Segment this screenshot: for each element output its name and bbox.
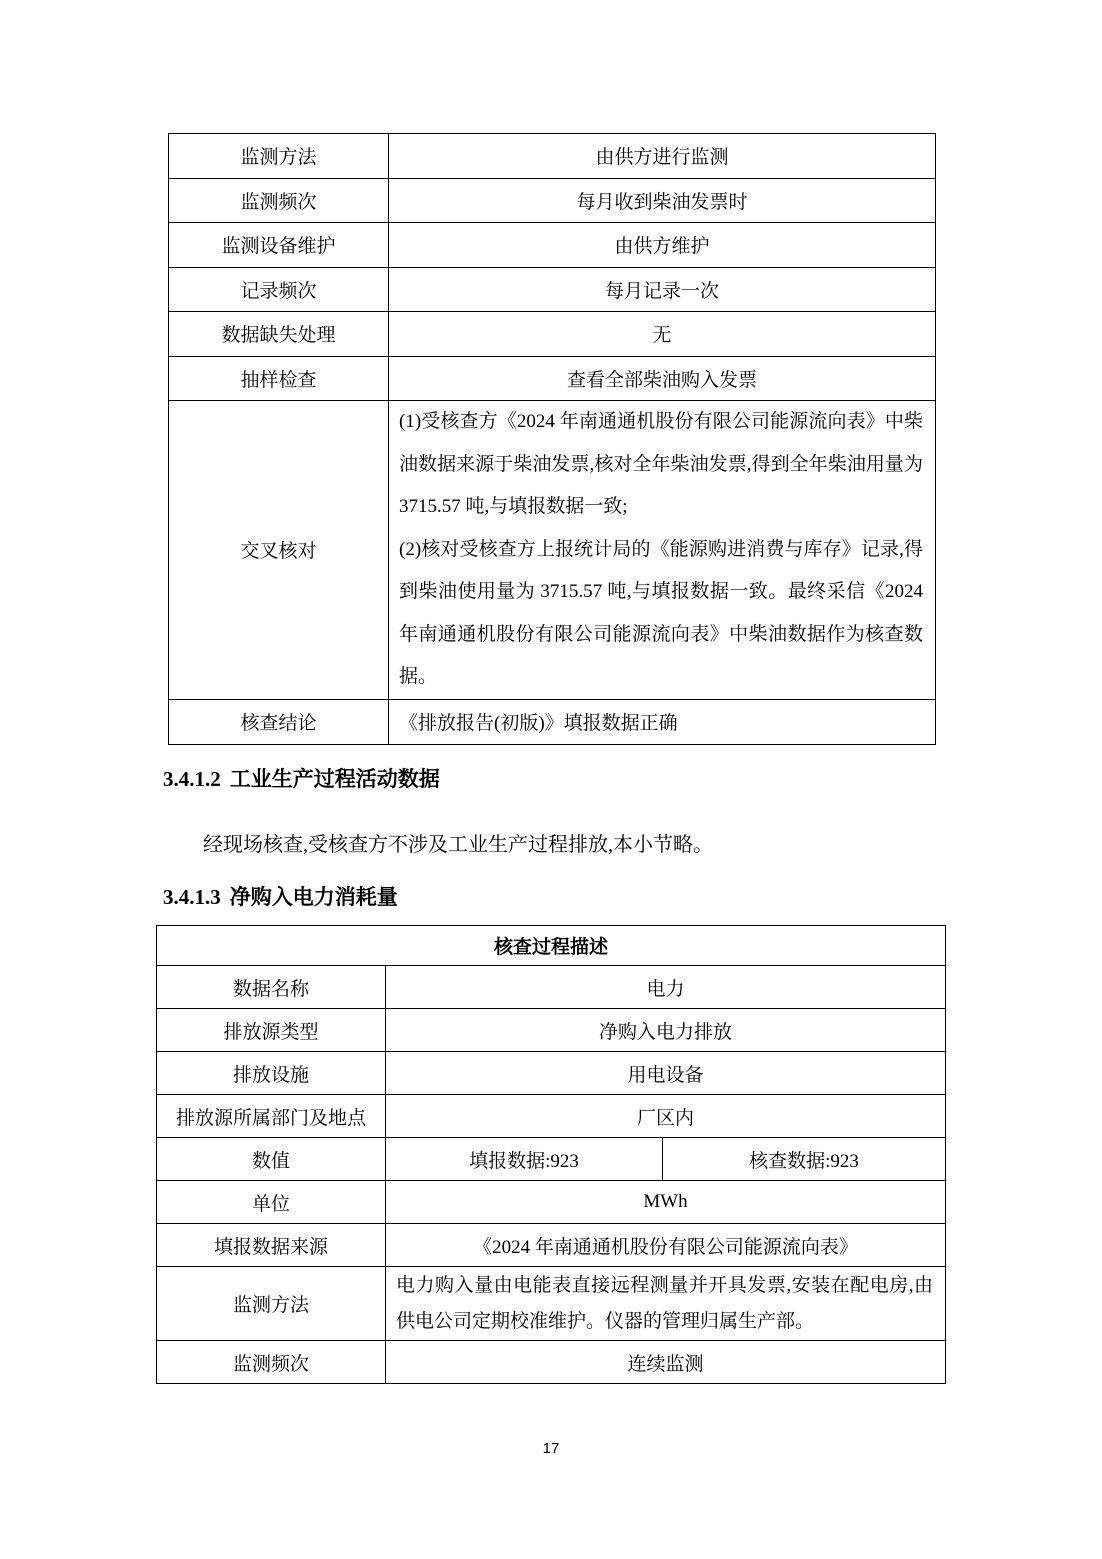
row-value: 电力 bbox=[386, 966, 946, 1009]
section-number: 3.4.1.3 bbox=[163, 885, 221, 909]
section-title: 工业生产过程活动数据 bbox=[230, 768, 440, 791]
row-value: 用电设备 bbox=[386, 1052, 946, 1095]
row-label: 填报数据来源 bbox=[157, 1224, 386, 1267]
table-row: 单位 MWh bbox=[157, 1181, 946, 1224]
row-label: 单位 bbox=[157, 1181, 386, 1224]
row-label: 数据名称 bbox=[157, 966, 386, 1009]
section-heading-3412: 3.4.1.2工业生产过程活动数据 bbox=[163, 766, 440, 795]
row-label: 监测方法 bbox=[157, 1267, 386, 1341]
electricity-verification-table: 核查过程描述 数据名称 电力 排放源类型 净购入电力排放 排放设施 用电设备 排… bbox=[156, 925, 946, 1384]
row-value: 由供方进行监测 bbox=[389, 134, 936, 179]
row-value: 每月收到柴油发票时 bbox=[389, 178, 936, 223]
row-value: 厂区内 bbox=[386, 1095, 946, 1138]
cross-check-row: 交叉核对 (1)受核查方《2024 年南通通机股份有限公司能源流向表》中柴油数据… bbox=[169, 401, 936, 700]
row-value: 净购入电力排放 bbox=[386, 1009, 946, 1052]
document-page: 监测方法 由供方进行监测 监测频次 每月收到柴油发票时 监测设备维护 由供方维护… bbox=[0, 0, 1102, 1559]
value-row: 数值 填报数据:923 核查数据:923 bbox=[157, 1138, 946, 1181]
row-value: 无 bbox=[389, 312, 936, 357]
section-paragraph: 经现场核查,受核查方不涉及工业生产过程排放,本小节略。 bbox=[163, 831, 953, 859]
table-row: 监测设备维护 由供方维护 bbox=[169, 223, 936, 268]
table-row: 记录频次 每月记录一次 bbox=[169, 267, 936, 312]
diesel-verification-table: 监测方法 由供方进行监测 监测频次 每月收到柴油发票时 监测设备维护 由供方维护… bbox=[168, 133, 936, 745]
row-label: 数值 bbox=[157, 1138, 386, 1181]
table-row: 数据缺失处理 无 bbox=[169, 312, 936, 357]
row-label: 排放设施 bbox=[157, 1052, 386, 1095]
verified-value: 核查数据:923 bbox=[663, 1138, 946, 1181]
cross-check-item-2: (2)核对受核查方上报统计局的《能源购进消费与库存》记录,得到柴油使用量为 37… bbox=[399, 529, 923, 699]
table-row: 监测方法 由供方进行监测 bbox=[169, 134, 936, 179]
row-label: 抽样检查 bbox=[169, 356, 389, 401]
row-value: 每月记录一次 bbox=[389, 267, 936, 312]
row-label: 监测频次 bbox=[157, 1341, 386, 1384]
row-value: 连续监测 bbox=[386, 1341, 946, 1384]
section-number: 3.4.1.2 bbox=[163, 767, 221, 791]
row-value: 由供方维护 bbox=[389, 223, 936, 268]
page-number: 17 bbox=[0, 1440, 1102, 1457]
row-label: 监测设备维护 bbox=[169, 223, 389, 268]
row-label: 记录频次 bbox=[169, 267, 389, 312]
monitoring-frequency-row: 监测频次 连续监测 bbox=[157, 1341, 946, 1384]
table-title: 核查过程描述 bbox=[157, 926, 946, 966]
table-row: 排放源类型 净购入电力排放 bbox=[157, 1009, 946, 1052]
row-label: 监测方法 bbox=[169, 134, 389, 179]
table-header-row: 核查过程描述 bbox=[157, 926, 946, 966]
table-row: 排放设施 用电设备 bbox=[157, 1052, 946, 1095]
row-label: 数据缺失处理 bbox=[169, 312, 389, 357]
table-row: 填报数据来源 《2024 年南通通机股份有限公司能源流向表》 bbox=[157, 1224, 946, 1267]
row-label: 监测频次 bbox=[169, 178, 389, 223]
monitoring-method-content: 电力购入量由电能表直接远程测量并开具发票,安装在配电房,由供电公司定期校准维护。… bbox=[386, 1267, 946, 1341]
conclusion-row: 核查结论 《排放报告(初版)》填报数据正确 bbox=[169, 699, 936, 744]
row-label: 交叉核对 bbox=[169, 401, 389, 700]
row-label: 排放源所属部门及地点 bbox=[157, 1095, 386, 1138]
row-value: 《2024 年南通通机股份有限公司能源流向表》 bbox=[386, 1224, 946, 1267]
conclusion-value: 《排放报告(初版)》填报数据正确 bbox=[389, 699, 936, 744]
cross-check-content: (1)受核查方《2024 年南通通机股份有限公司能源流向表》中柴油数据来源于柴油… bbox=[389, 401, 936, 700]
monitoring-method-row: 监测方法 电力购入量由电能表直接远程测量并开具发票,安装在配电房,由供电公司定期… bbox=[157, 1267, 946, 1341]
reported-value: 填报数据:923 bbox=[386, 1138, 663, 1181]
section-title: 净购入电力消耗量 bbox=[230, 886, 398, 909]
table-row: 抽样检查 查看全部柴油购入发票 bbox=[169, 356, 936, 401]
row-label: 核查结论 bbox=[169, 699, 389, 744]
monitoring-method-text: 电力购入量由电能表直接远程测量并开具发票,安装在配电房,由供电公司定期校准维护。… bbox=[396, 1268, 933, 1340]
cross-check-item-1: (1)受核查方《2024 年南通通机股份有限公司能源流向表》中柴油数据来源于柴油… bbox=[399, 401, 923, 529]
row-label: 排放源类型 bbox=[157, 1009, 386, 1052]
table-row: 监测频次 每月收到柴油发票时 bbox=[169, 178, 936, 223]
table-row: 排放源所属部门及地点 厂区内 bbox=[157, 1095, 946, 1138]
row-value: MWh bbox=[386, 1181, 946, 1224]
section-heading-3413: 3.4.1.3净购入电力消耗量 bbox=[163, 884, 398, 913]
row-value: 查看全部柴油购入发票 bbox=[389, 356, 936, 401]
table-row: 数据名称 电力 bbox=[157, 966, 946, 1009]
